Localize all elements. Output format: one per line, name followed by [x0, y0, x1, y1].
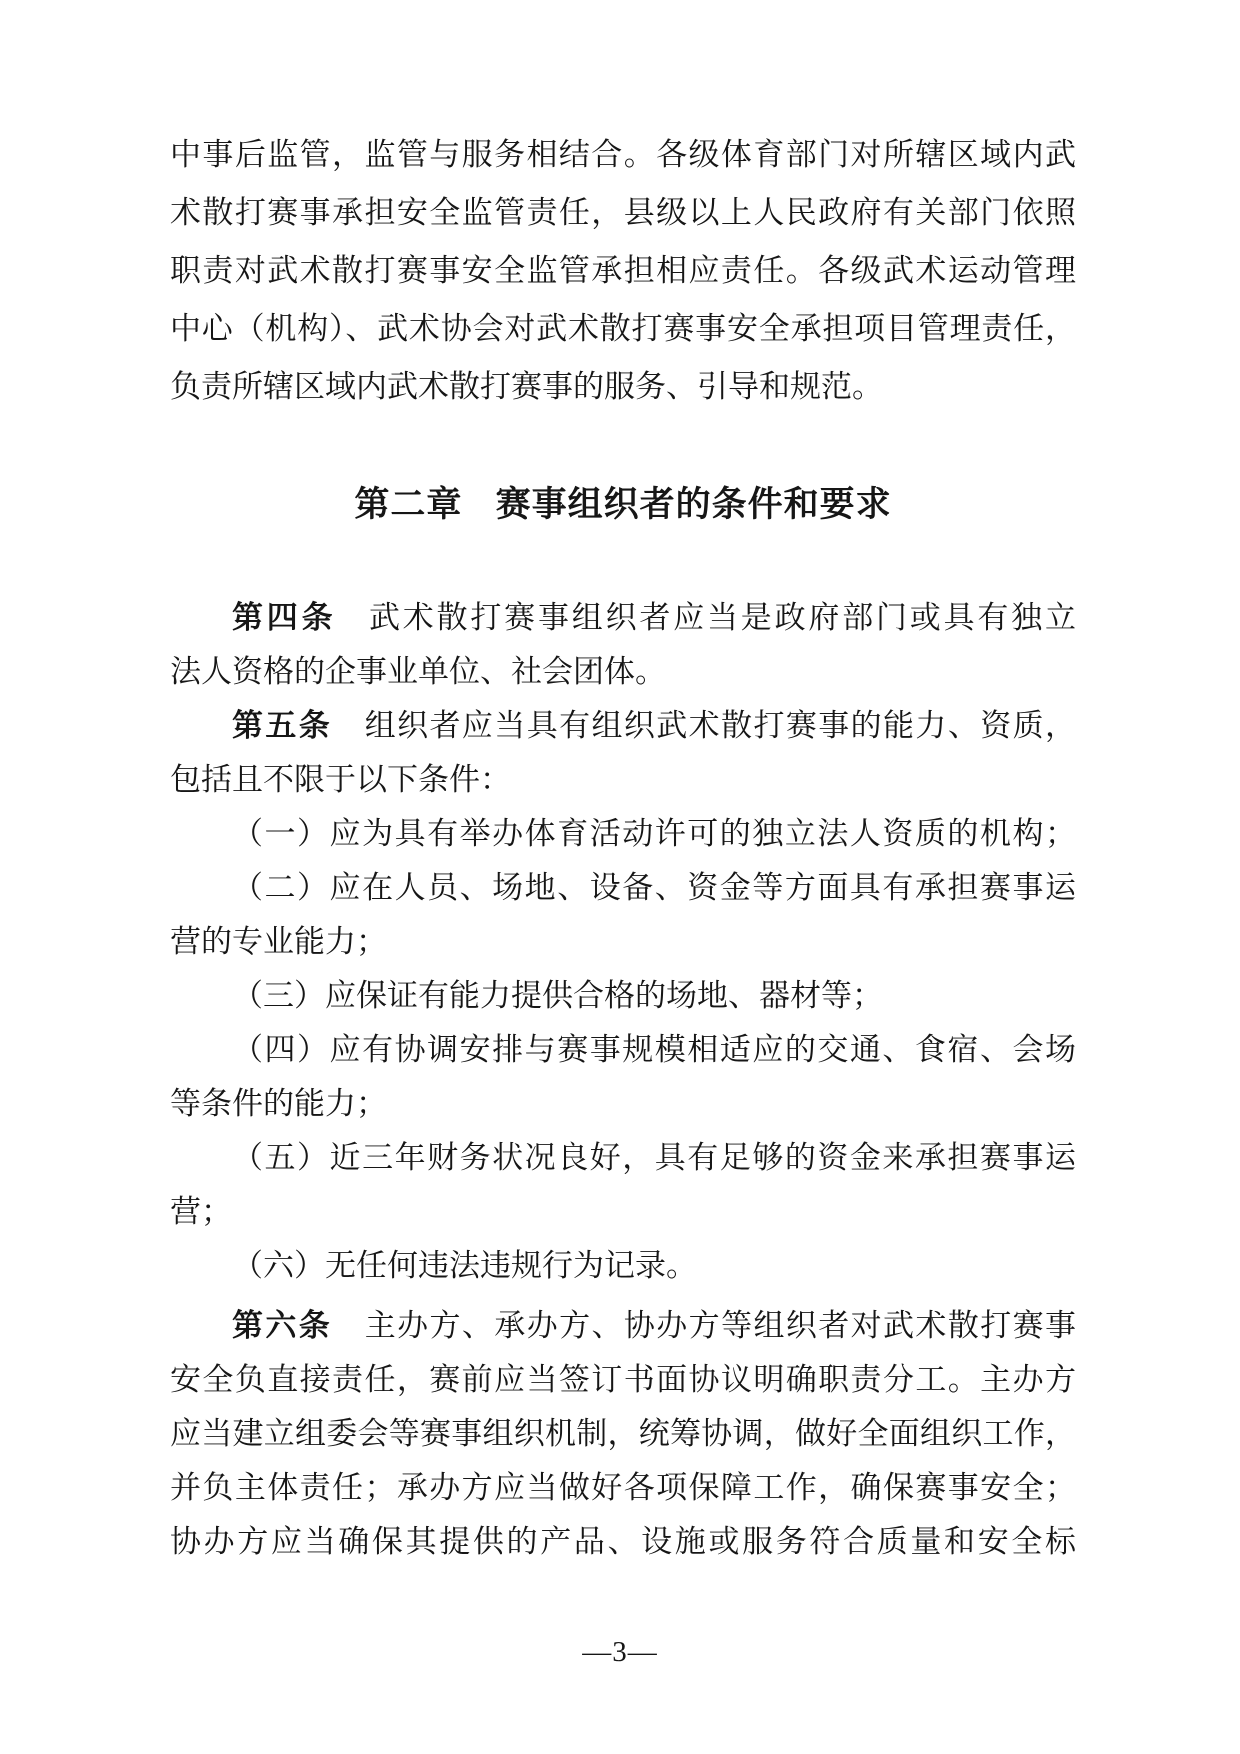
text-line: 职责对武术散打赛事安全监管承担相应责任。各级武术运动管理	[170, 242, 1076, 300]
chapter-number: 第二章	[354, 485, 462, 524]
article-5-label: 第五条	[232, 708, 332, 743]
text-line: 安全负直接责任，赛前应当签订书面协议明确职责分工。主办方	[170, 1353, 1076, 1407]
text-line: 中事后监管，监管与服务相结合。各级体育部门对所辖区域内武	[170, 126, 1076, 184]
article-5-lead: 组织者应当具有组织武术散打赛事的能力、资质，	[365, 708, 1076, 743]
article-5: 第五条组织者应当具有组织武术散打赛事的能力、资质， 包括且不限于以下条件：	[170, 699, 1076, 807]
text-line: （三）应保证有能力提供合格的场地、器材等；	[170, 969, 1076, 1023]
article-4-lead: 武术散打赛事组织者应当是政府部门或具有独立	[369, 600, 1076, 635]
list-item-6: （六）无任何违法违规行为记录。	[170, 1239, 1076, 1293]
text-line: 第六条主办方、承办方、协办方等组织者对武术散打赛事	[170, 1299, 1076, 1353]
page-number: —3—	[0, 1636, 1240, 1669]
text-line: 营；	[170, 1185, 1076, 1239]
article-4-label: 第四条	[232, 600, 336, 635]
text-line: （二）应在人员、场地、设备、资金等方面具有承担赛事运	[170, 861, 1076, 915]
text-line: 等条件的能力；	[170, 1077, 1076, 1131]
chapter-title: 赛事组织者的条件和要求	[496, 485, 892, 524]
article-6: 第六条主办方、承办方、协办方等组织者对武术散打赛事 安全负直接责任，赛前应当签订…	[170, 1299, 1076, 1569]
document-page: 中事后监管，监管与服务相结合。各级体育部门对所辖区域内武 术散打赛事承担安全监管…	[0, 0, 1240, 1754]
text-column: 中事后监管，监管与服务相结合。各级体育部门对所辖区域内武 术散打赛事承担安全监管…	[170, 126, 1076, 1569]
text-line: （一）应为具有举办体育活动许可的独立法人资质的机构；	[170, 807, 1076, 861]
article-6-label: 第六条	[232, 1308, 332, 1343]
list-item-2: （二）应在人员、场地、设备、资金等方面具有承担赛事运 营的专业能力；	[170, 861, 1076, 969]
chapter-heading: 第二章赛事组织者的条件和要求	[170, 476, 1076, 533]
text-line: 协办方应当确保其提供的产品、设施或服务符合质量和安全标	[170, 1515, 1076, 1569]
text-line: 第五条组织者应当具有组织武术散打赛事的能力、资质，	[170, 699, 1076, 753]
list-item-4: （四）应有协调安排与赛事规模相适应的交通、食宿、会场 等条件的能力；	[170, 1023, 1076, 1131]
text-line: （四）应有协调安排与赛事规模相适应的交通、食宿、会场	[170, 1023, 1076, 1077]
article-6-lead: 主办方、承办方、协办方等组织者对武术散打赛事	[365, 1308, 1076, 1343]
text-line: （六）无任何违法违规行为记录。	[170, 1239, 1076, 1293]
list-item-3: （三）应保证有能力提供合格的场地、器材等；	[170, 969, 1076, 1023]
text-line: 法人资格的企事业单位、社会团体。	[170, 645, 1076, 699]
text-line: 负责所辖区域内武术散打赛事的服务、引导和规范。	[170, 358, 1076, 416]
text-line: 应当建立组委会等赛事组织机制，统筹协调，做好全面组织工作，	[170, 1407, 1076, 1461]
text-line: 并负主体责任；承办方应当做好各项保障工作，确保赛事安全；	[170, 1461, 1076, 1515]
text-line: 包括且不限于以下条件：	[170, 753, 1076, 807]
list-item-1: （一）应为具有举办体育活动许可的独立法人资质的机构；	[170, 807, 1076, 861]
text-line: （五）近三年财务状况良好，具有足够的资金来承担赛事运	[170, 1131, 1076, 1185]
intro-paragraph-continuation: 中事后监管，监管与服务相结合。各级体育部门对所辖区域内武 术散打赛事承担安全监管…	[170, 126, 1076, 416]
text-line: 术散打赛事承担安全监管责任，县级以上人民政府有关部门依照	[170, 184, 1076, 242]
text-line: 营的专业能力；	[170, 915, 1076, 969]
article-4: 第四条武术散打赛事组织者应当是政府部门或具有独立 法人资格的企事业单位、社会团体…	[170, 591, 1076, 699]
text-line: 第四条武术散打赛事组织者应当是政府部门或具有独立	[170, 591, 1076, 645]
text-line: 中心（机构）、武术协会对武术散打赛事安全承担项目管理责任，	[170, 300, 1076, 358]
list-item-5: （五）近三年财务状况良好，具有足够的资金来承担赛事运 营；	[170, 1131, 1076, 1239]
